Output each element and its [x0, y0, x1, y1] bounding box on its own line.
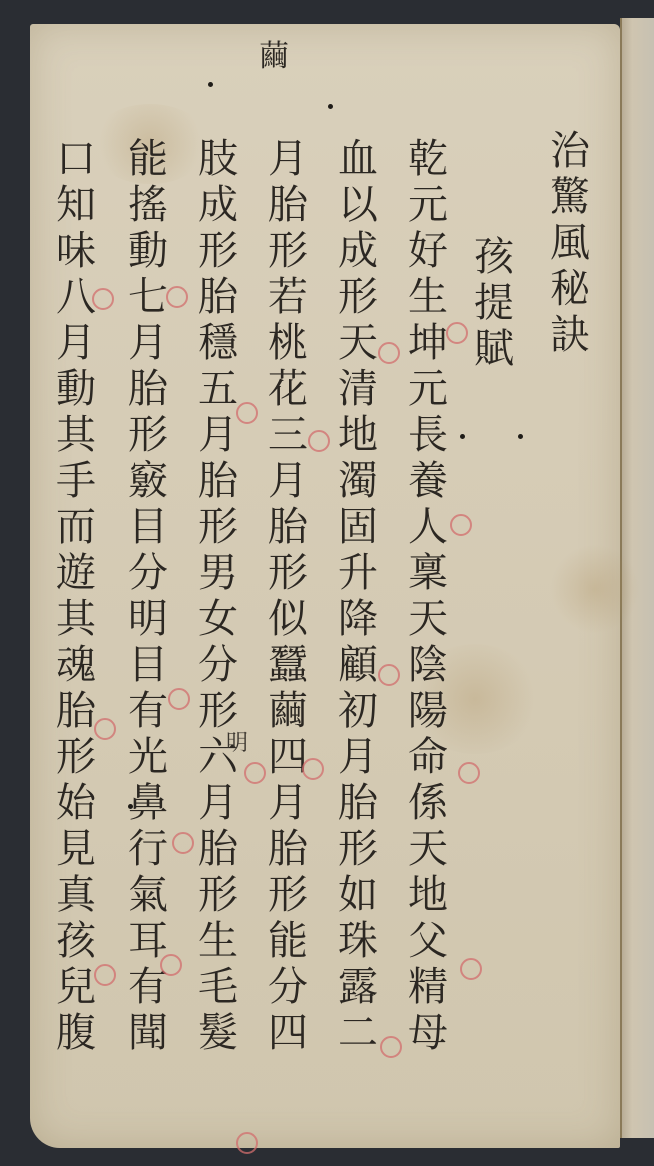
glyph: 生 — [198, 918, 238, 964]
section-subtitle: 孩提賦 — [474, 234, 514, 372]
glyph: 分 — [128, 550, 168, 596]
glyph: 形 — [268, 228, 308, 274]
glyph: 乾 — [408, 136, 448, 182]
column-text: 乾元好生坤元長養人稟天陰陽命係天地父精母 — [408, 136, 448, 1056]
glyph: 明 — [128, 596, 168, 642]
glyph: 有 — [128, 688, 168, 734]
glyph: 目 — [128, 642, 168, 688]
glyph: 五 — [198, 366, 238, 412]
title-column: 治驚風秘訣 — [538, 128, 602, 358]
text-column-3: 月胎形若桃花三月胎形似蠶繭四月胎形能分四 — [256, 136, 320, 1056]
glyph: 珠 — [338, 918, 378, 964]
glyph: 父 — [408, 918, 448, 964]
punctuation-circle — [166, 286, 188, 308]
glyph: 元 — [408, 366, 448, 412]
glyph: 花 — [268, 366, 308, 412]
glyph: 遊 — [56, 550, 96, 596]
glyph: 胎 — [338, 780, 378, 826]
glyph: 知 — [56, 182, 96, 228]
page-title: 治驚風秘訣 — [550, 128, 590, 358]
glyph: 清 — [338, 366, 378, 412]
glyph: 始 — [56, 780, 96, 826]
glyph: 動 — [128, 228, 168, 274]
glyph: 好 — [408, 228, 448, 274]
top-mark: 繭 — [259, 34, 289, 80]
column-text: 月胎形若桃花三月胎形似蠶繭四月胎形能分四 — [268, 136, 308, 1056]
ink-dot — [460, 434, 465, 439]
glyph: 地 — [338, 412, 378, 458]
text-column-6: 口知味八月動其手而遊其魂胎形始見真孩兒腹 — [44, 136, 108, 1056]
glyph: 四 — [268, 1010, 308, 1056]
glyph: 七 — [128, 274, 168, 320]
punctuation-circle — [450, 514, 472, 536]
glyph: 肢 — [198, 136, 238, 182]
glyph: 母 — [408, 1010, 448, 1056]
glyph: 能 — [268, 918, 308, 964]
glyph: 胎 — [56, 688, 96, 734]
subtitle-column: 孩提賦 — [462, 234, 526, 372]
glyph: 孩 — [56, 918, 96, 964]
glyph: 天 — [408, 596, 448, 642]
glyph: 而 — [56, 504, 96, 550]
punctuation-circle — [244, 762, 266, 784]
glyph: 風 — [550, 220, 590, 266]
glyph: 降 — [338, 596, 378, 642]
ink-dot — [208, 82, 213, 87]
glyph: 形 — [198, 228, 238, 274]
glyph: 陰 — [408, 642, 448, 688]
ink-dot — [518, 434, 523, 439]
column-text: 能搖動七月胎形竅目分明目有光鼻行氣耳有聞 — [128, 136, 168, 1056]
glyph: 天 — [338, 320, 378, 366]
glyph: 目 — [128, 504, 168, 550]
glyph: 露 — [338, 964, 378, 1010]
glyph: 若 — [268, 274, 308, 320]
punctuation-circle — [168, 688, 190, 710]
glyph: 秘 — [550, 266, 590, 312]
glyph: 固 — [338, 504, 378, 550]
glyph: 形 — [128, 412, 168, 458]
interlinear-annotation: 明 — [226, 732, 248, 756]
glyph: 腹 — [56, 1010, 96, 1056]
glyph: 坤 — [408, 320, 448, 366]
glyph: 蠶 — [268, 642, 308, 688]
water-stain — [550, 544, 640, 634]
glyph: 成 — [338, 228, 378, 274]
glyph: 分 — [198, 642, 238, 688]
glyph: 生 — [408, 274, 448, 320]
punctuation-circle — [380, 1036, 402, 1058]
glyph: 聞 — [128, 1010, 168, 1056]
glyph: 形 — [338, 826, 378, 872]
glyph: 如 — [338, 872, 378, 918]
punctuation-circle — [302, 758, 324, 780]
glyph: 胎 — [128, 366, 168, 412]
glyph: 月 — [198, 412, 238, 458]
glyph: 月 — [268, 136, 308, 182]
glyph: 二 — [338, 1010, 378, 1056]
glyph: 真 — [56, 872, 96, 918]
ink-dot — [328, 104, 333, 109]
ink-dot — [128, 804, 133, 809]
glyph: 形 — [198, 504, 238, 550]
glyph: 血 — [338, 136, 378, 182]
glyph: 天 — [408, 826, 448, 872]
glyph: 三 — [268, 412, 308, 458]
glyph: 元 — [408, 182, 448, 228]
glyph: 見 — [56, 826, 96, 872]
glyph: 男 — [198, 550, 238, 596]
glyph: 光 — [128, 734, 168, 780]
punctuation-circle — [308, 430, 330, 452]
glyph: 長 — [408, 412, 448, 458]
punctuation-circle — [378, 664, 400, 686]
column-text: 肢成形胎穩五月胎形男女分形六月胎形生毛髮 — [198, 136, 238, 1056]
glyph: 繭 — [268, 688, 308, 734]
glyph: 胎 — [268, 826, 308, 872]
glyph: 賦 — [474, 326, 514, 372]
glyph: 形 — [268, 550, 308, 596]
glyph: 驚 — [550, 174, 590, 220]
text-column-1: 乾元好生坤元長養人稟天陰陽命係天地父精母 — [396, 136, 460, 1056]
punctuation-circle — [236, 1132, 258, 1154]
glyph: 穩 — [198, 320, 238, 366]
glyph: 月 — [128, 320, 168, 366]
glyph: 胎 — [198, 458, 238, 504]
glyph: 手 — [56, 458, 96, 504]
glyph: 稟 — [408, 550, 448, 596]
glyph: 似 — [268, 596, 308, 642]
glyph: 地 — [408, 872, 448, 918]
glyph: 濁 — [338, 458, 378, 504]
glyph: 係 — [408, 780, 448, 826]
glyph: 陽 — [408, 688, 448, 734]
glyph: 月 — [198, 780, 238, 826]
punctuation-circle — [458, 762, 480, 784]
glyph: 以 — [338, 182, 378, 228]
glyph: 成 — [198, 182, 238, 228]
glyph: 命 — [408, 734, 448, 780]
glyph: 分 — [268, 964, 308, 1010]
glyph: 竅 — [128, 458, 168, 504]
text-column-4: 肢成形胎穩五月胎形男女分形六月胎形生毛髮 — [186, 136, 250, 1056]
glyph: 形 — [338, 274, 378, 320]
glyph: 胎 — [268, 504, 308, 550]
glyph: 八 — [56, 274, 96, 320]
glyph: 味 — [56, 228, 96, 274]
punctuation-circle — [378, 342, 400, 364]
glyph: 形 — [56, 734, 96, 780]
glyph: 胎 — [198, 826, 238, 872]
glyph: 升 — [338, 550, 378, 596]
glyph: 行 — [128, 826, 168, 872]
manuscript-page: 治驚風秘訣 孩提賦 乾元好生坤元長養人稟天陰陽命係天地父精母 血以成形天清地濁固… — [30, 24, 620, 1148]
punctuation-circle — [94, 718, 116, 740]
glyph: 月 — [338, 734, 378, 780]
glyph: 月 — [268, 458, 308, 504]
glyph: 胎 — [268, 182, 308, 228]
glyph: 鼻 — [128, 780, 168, 826]
punctuation-circle — [236, 402, 258, 424]
punctuation-circle — [172, 832, 194, 854]
punctuation-circle — [460, 958, 482, 980]
glyph: 月 — [268, 780, 308, 826]
glyph: 髮 — [198, 1010, 238, 1056]
punctuation-circle — [92, 288, 114, 310]
glyph: 其 — [56, 596, 96, 642]
glyph: 精 — [408, 964, 448, 1010]
glyph: 治 — [550, 128, 590, 174]
glyph: 月 — [56, 320, 96, 366]
glyph: 口 — [56, 136, 96, 182]
glyph: 動 — [56, 366, 96, 412]
glyph: 胎 — [198, 274, 238, 320]
glyph: 養 — [408, 458, 448, 504]
glyph: 顧 — [338, 642, 378, 688]
glyph: 毛 — [198, 964, 238, 1010]
punctuation-circle — [446, 322, 468, 344]
glyph: 訣 — [550, 312, 590, 358]
glyph: 搖 — [128, 182, 168, 228]
top-mark-column: 繭 — [242, 34, 306, 80]
glyph: 氣 — [128, 872, 168, 918]
glyph: 人 — [408, 504, 448, 550]
column-text: 口知味八月動其手而遊其魂胎形始見真孩兒腹 — [56, 136, 96, 1056]
glyph: 魂 — [56, 642, 96, 688]
column-text: 血以成形天清地濁固升降顧初月胎形如珠露二 — [338, 136, 378, 1056]
glyph: 能 — [128, 136, 168, 182]
glyph: 形 — [268, 872, 308, 918]
punctuation-circle — [160, 954, 182, 976]
glyph: 其 — [56, 412, 96, 458]
text-column-5: 能搖動七月胎形竅目分明目有光鼻行氣耳有聞 — [116, 136, 180, 1056]
glyph: 形 — [198, 688, 238, 734]
glyph: 兒 — [56, 964, 96, 1010]
punctuation-circle — [94, 964, 116, 986]
glyph: 形 — [198, 872, 238, 918]
text-column-2: 血以成形天清地濁固升降顧初月胎形如珠露二 — [326, 136, 390, 1056]
glyph: 孩 — [474, 234, 514, 280]
glyph: 女 — [198, 596, 238, 642]
glyph: 提 — [474, 280, 514, 326]
glyph: 初 — [338, 688, 378, 734]
glyph: 桃 — [268, 320, 308, 366]
